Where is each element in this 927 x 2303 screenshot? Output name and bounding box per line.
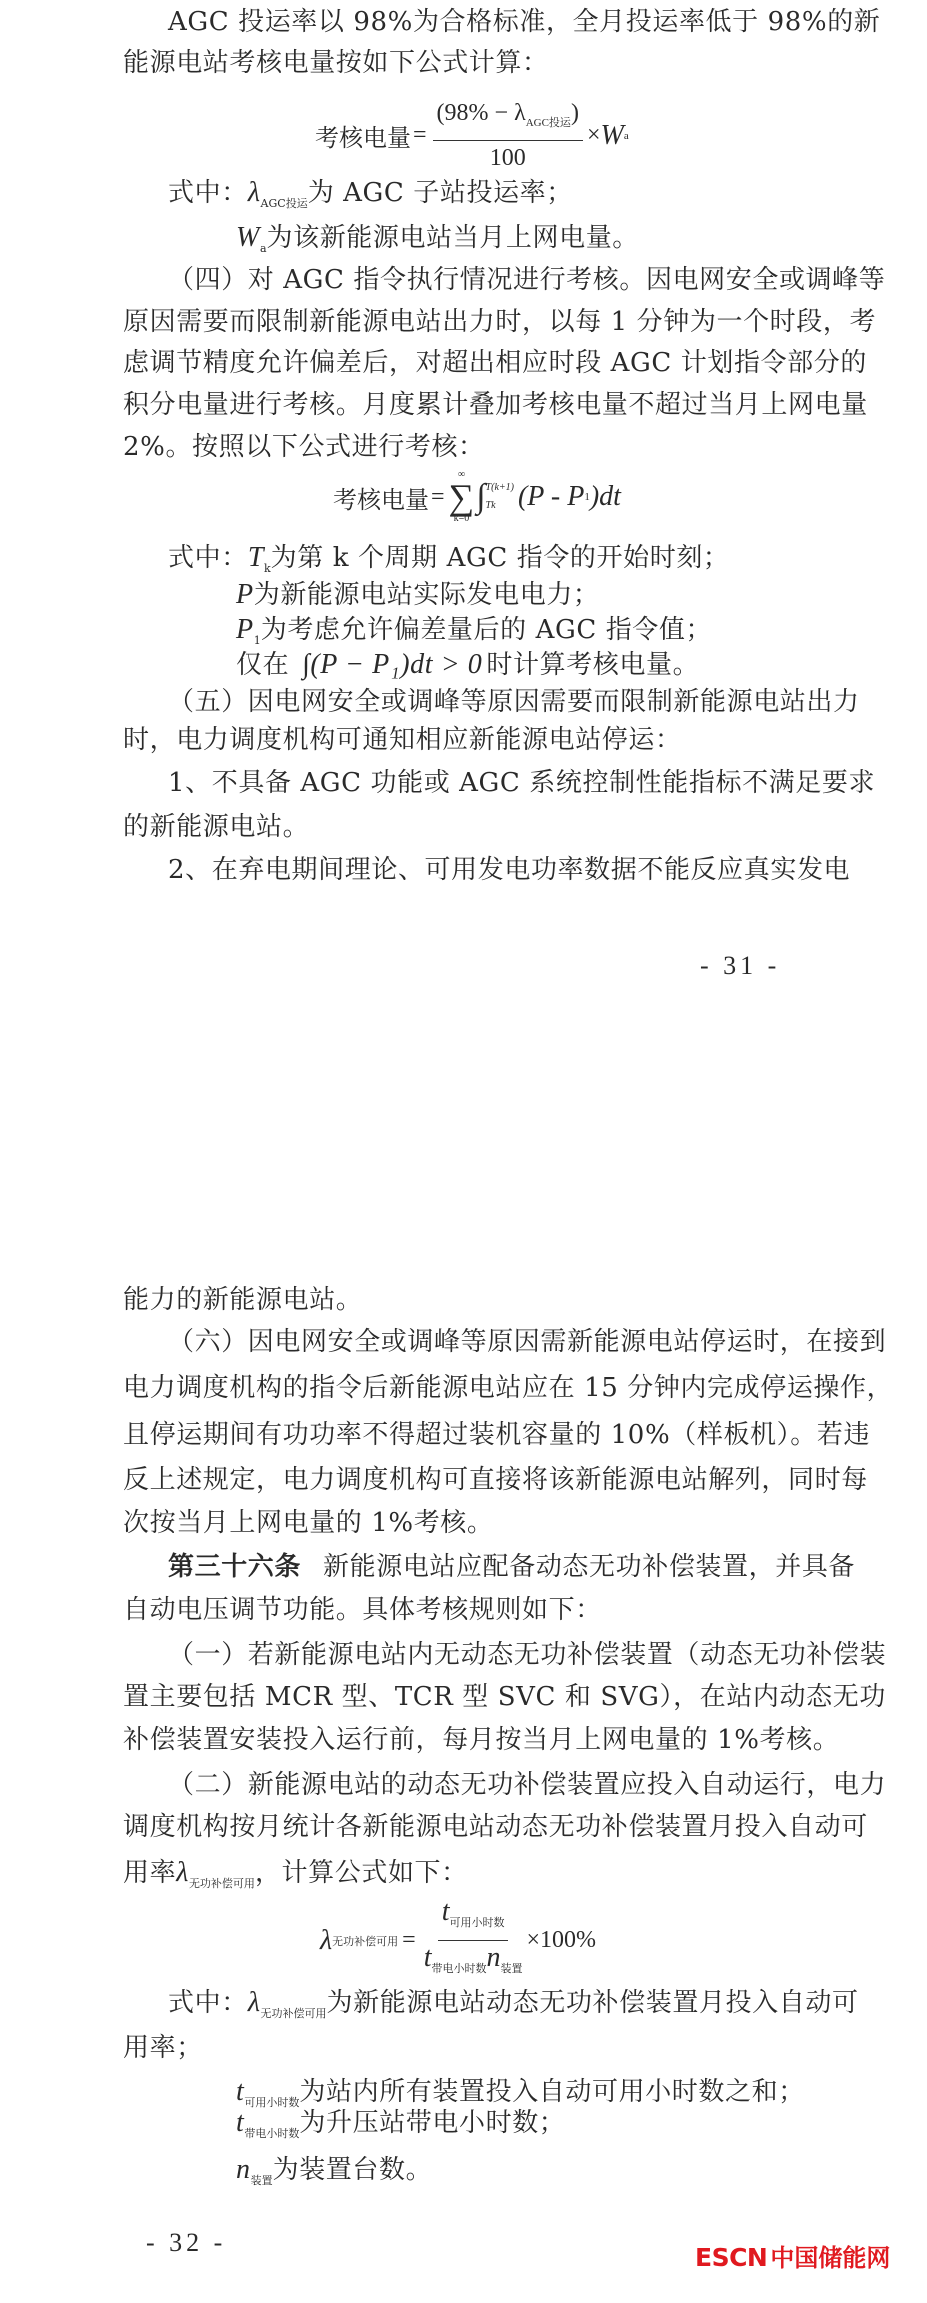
page-number-31: - 31 -	[700, 951, 780, 981]
lambda-symbol: λ	[320, 1925, 332, 1957]
lambda-subscript: AGC投运	[526, 117, 571, 129]
paragraph-5-line2: 时，电力调度机构可通知相应新能源电站停运：	[123, 719, 773, 761]
item-1-line3: 补偿装置安装投入运行前，每月按当月上网电量的 1%考核。	[123, 1719, 773, 1761]
n-symbol: n	[236, 2154, 251, 2185]
w-description: 为该新能源电站当月上网电量。	[267, 223, 639, 253]
lambda-subscript: 无功补偿可用	[189, 1877, 255, 1890]
article-36-title: 第三十六条	[168, 1552, 301, 1582]
usage-rate-prefix: 用率	[123, 1858, 176, 1888]
item-2-line2: 调度机构按月统计各新能源电站动态无功补偿装置月投入自动可	[123, 1806, 773, 1848]
list-item-1-line1: 1、不具备 AGC 功能或 AGC 系统控制性能指标不满足要求	[168, 762, 773, 804]
formula-assessment-integral: 考核电量 = ∞ ∑ k=0 ∫ T(k+1) Tk (P - P1)dt	[333, 470, 621, 524]
paragraph-4-line1: （四）对 AGC 指令执行情况进行考核。因电网安全或调峰等	[168, 259, 773, 301]
variable-w-subscript: a	[624, 130, 629, 142]
paragraph-5-line1: （五）因电网安全或调峰等原因需要而限制新能源电站出力	[168, 681, 773, 723]
n-devices: n	[486, 1942, 500, 1973]
paragraph-6-line4: 反上述规定，电力调度机构可直接将该新能源电站解列，同时每	[123, 1459, 773, 1501]
watermark-latin: ESCN	[695, 2243, 767, 2272]
formula-assessment-agc-rate: 考核电量 = (98% − λAGC投运) 100 × Wa	[315, 98, 629, 173]
t2-description: 为升压站带电小时数；	[299, 2108, 565, 2138]
only-prefix: 仅在	[236, 650, 289, 680]
p-description: 为新能源电站实际发电电力；	[254, 580, 600, 610]
paragraph-agc-rate-line2: 能源电站考核电量按如下公式计算：	[123, 42, 773, 84]
list-item-1-line2: 的新能源电站。	[123, 806, 773, 848]
numerator: t可用小时数	[438, 1897, 509, 1941]
lambda-subscript: 无功补偿可用	[332, 1933, 398, 1949]
definition-lambda-reactive-cont: 用率；	[123, 2027, 773, 2069]
integral: ∫ T(k+1) Tk	[476, 478, 514, 516]
definition-tk: 式中：Tk为第 k 个周期 AGC 指令的开始时刻；	[168, 537, 773, 579]
tk-symbol: T	[248, 542, 264, 573]
n-subscript: 装置	[251, 2174, 273, 2187]
formula-lhs: 考核电量	[333, 480, 429, 515]
paragraph-6-line2: 电力调度机构的指令后新能源电站应在 15 分钟内完成停运操作，	[123, 1367, 773, 1409]
lambda-symbol: λ	[248, 1987, 261, 2018]
paragraph-4-line3: 虑调节精度允许偏差后，对超出相应时段 AGC 计划指令部分的	[123, 342, 773, 384]
list-item-2-line1: 2、在弃电期间理论、可用发电功率数据不能反应真实发电	[168, 849, 773, 891]
lambda-symbol: λ	[176, 1857, 189, 1888]
n-description: 为装置台数。	[273, 2155, 433, 2185]
article-36-line1: 第三十六条新能源电站应配备动态无功补偿装置，并具备	[168, 1546, 773, 1588]
escn-watermark-logo: ESCN中国储能网	[695, 2243, 890, 2273]
watermark-chinese: 中国储能网	[770, 2244, 890, 2272]
item-1-line2: 置主要包括 MCR 型、TCR 型 SVC 和 SVG），在站内动态无功	[123, 1676, 773, 1718]
p1-description: 为考虑允许偏差量后的 AGC 指令值；	[261, 615, 712, 645]
item-1-line1: （一）若新能源电站内无动态无功补偿装置（动态无功补偿装	[168, 1634, 773, 1676]
tk-description: 为第 k 个周期 AGC 指令的开始时刻；	[271, 543, 730, 573]
where-prefix: 式中：	[168, 1988, 248, 2018]
article-36-text: 新能源电站应配备动态无功补偿装置，并具备	[323, 1552, 855, 1582]
formula-lhs: 考核电量	[315, 118, 411, 153]
lambda-description: 为 AGC 子站投运率；	[308, 178, 573, 208]
denominator: 100	[490, 141, 526, 173]
definition-t-energized: t带电小时数为升压站带电小时数；	[236, 2102, 776, 2144]
formula-reactive-compensation-availability: λ无功补偿可用 = t可用小时数 t带电小时数n装置 ×100%	[320, 1897, 596, 1984]
summation: ∞ ∑ k=0	[449, 470, 475, 524]
sigma-lower: k=0	[454, 514, 470, 524]
where-prefix: 式中：	[168, 178, 248, 208]
t2-subscript: 带电小时数	[244, 2127, 299, 2140]
paragraph-4-line4: 积分电量进行考核。月度累计叠加考核电量不超过当月上网电量	[123, 384, 773, 426]
lambda-subscript: AGC投运	[261, 197, 308, 210]
numerator: (98% − λ	[437, 100, 526, 126]
definition-n-devices: n装置为装置台数。	[236, 2149, 776, 2191]
formula-fraction: (98% − λAGC投运) 100	[433, 98, 583, 173]
t-available-subscript: 可用小时数	[449, 1917, 504, 1929]
lambda-description: 为新能源电站动态无功补偿装置月投入自动可	[327, 1988, 859, 2018]
definition-lambda-reactive: 式中：λ无功补偿可用为新能源电站动态无功补偿装置月投入自动可	[168, 1982, 773, 2024]
times-sign: ×	[587, 122, 601, 149]
lambda-subscript: 无功补偿可用	[261, 2007, 327, 2020]
paragraph-6-line5: 次按当月上网电量的 1%考核。	[123, 1502, 773, 1544]
paragraph-6-line1: （六）因电网安全或调峰等原因需新能源电站停运时，在接到	[168, 1321, 773, 1363]
only-description: 时计算考核电量。	[486, 650, 699, 680]
item-2-line1: （二）新能源电站的动态无功补偿装置应投入自动运行，电力	[168, 1764, 773, 1806]
integral-limits: T(k+1) Tk	[486, 479, 514, 515]
integrand-end: )dt	[590, 481, 621, 513]
paragraph-6-line3: 且停运期间有功功率不得超过装机容量的 10%（样板机）。若违	[123, 1414, 773, 1456]
item-2-line3: 用率λ无功补偿可用，计算公式如下：	[123, 1852, 773, 1894]
integral-lower: Tk	[486, 497, 514, 515]
integral-condition: ∫(P − P₁)dt > 0	[302, 649, 482, 680]
integrand: (P - P	[518, 481, 584, 513]
t-energized-subscript: 带电小时数	[431, 1963, 486, 1975]
lambda-symbol: λ	[248, 177, 261, 208]
denominator: t带电小时数n装置	[424, 1941, 523, 1984]
paragraph-4-line5: 2%。按照以下公式进行考核：	[123, 426, 773, 468]
formula-equals: =	[431, 484, 445, 511]
n-devices-subscript: 装置	[500, 1963, 522, 1975]
paren-close: )	[571, 100, 579, 126]
times-100-percent: ×100%	[526, 1927, 596, 1954]
paragraph-4-line2: 原因需要而限制新能源电站出力时，以每 1 分钟为一个时段，考	[123, 301, 773, 343]
w-symbol: W	[236, 222, 260, 253]
formula-equals: =	[413, 122, 427, 149]
p-symbol: P	[236, 579, 254, 610]
sigma-symbol: ∑	[449, 480, 475, 514]
variable-w: W	[600, 120, 623, 152]
continuation-line: 能力的新能源电站。	[123, 1279, 773, 1321]
condition-only-when: 仅在 ∫(P − P₁)dt > 0时计算考核电量。	[236, 644, 886, 686]
where-prefix: 式中：	[168, 543, 248, 573]
usage-rate-suffix: ，计算公式如下：	[255, 1858, 468, 1888]
page-number-32: - 32 -	[146, 2228, 226, 2258]
integral-symbol: ∫	[476, 478, 485, 516]
p1-symbol: P	[236, 614, 254, 645]
formula-fraction: t可用小时数 t带电小时数n装置	[424, 1897, 523, 1984]
integral-upper: T(k+1)	[486, 479, 514, 497]
paragraph-agc-rate-line1: AGC 投运率以 98%为合格标准，全月投运率低于 98%的新	[168, 1, 773, 43]
article-36-line2: 自动电压调节功能。具体考核规则如下：	[123, 1589, 773, 1631]
definition-w: Wa为该新能源电站当月上网电量。	[236, 217, 776, 259]
definition-lambda-agc: 式中：λAGC投运为 AGC 子站投运率；	[168, 172, 773, 214]
formula-equals: =	[402, 1927, 416, 1954]
